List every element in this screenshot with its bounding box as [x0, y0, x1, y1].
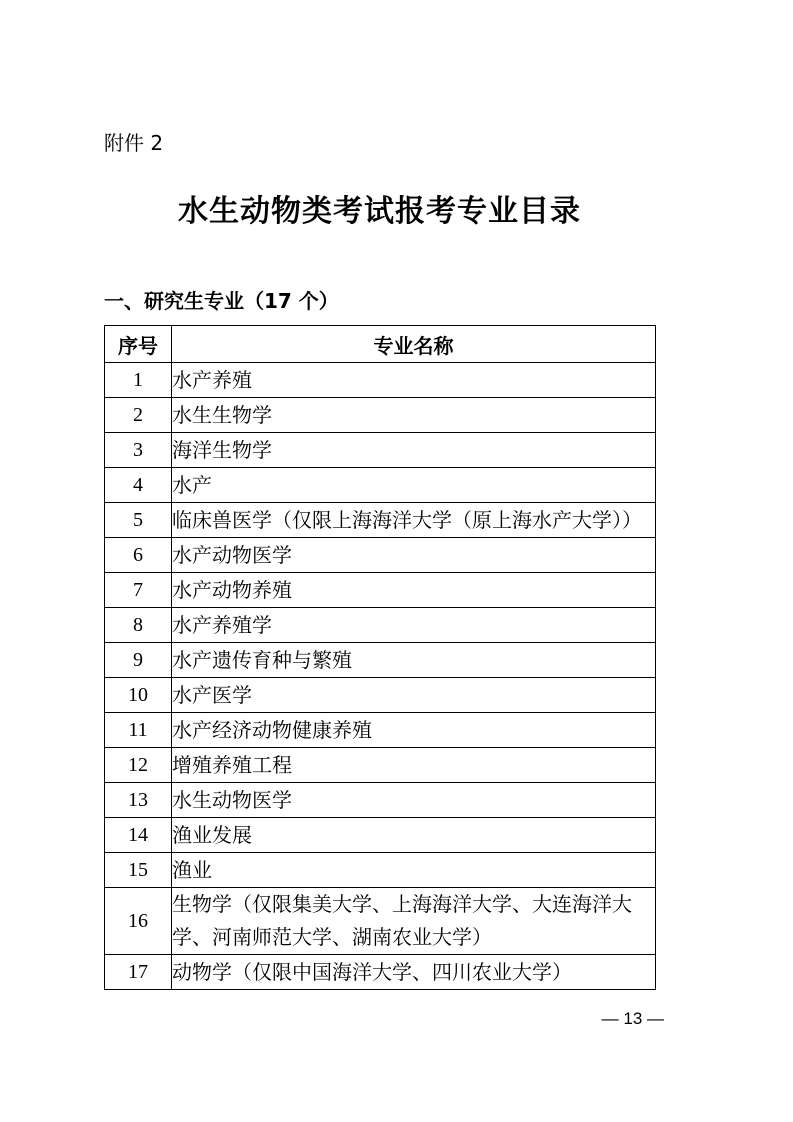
attachment-label: 附件 2 — [104, 130, 655, 156]
table-row: 6水产动物医学 — [105, 538, 656, 573]
table-row: 11水产经济动物健康养殖 — [105, 713, 656, 748]
table-header-row: 序号 专业名称 — [105, 326, 656, 363]
table-row: 5临床兽医学（仅限上海海洋大学（原上海水产大学）） — [105, 503, 656, 538]
major-name-cell: 水产养殖 — [172, 363, 656, 398]
major-name-cell: 渔业发展 — [172, 818, 656, 853]
document-content: 附件 2 水生动物类考试报考专业目录 一、研究生专业（17 个） 序号 专业名称… — [104, 0, 655, 990]
table-row: 13水生动物医学 — [105, 783, 656, 818]
row-number-cell: 17 — [105, 955, 172, 990]
table-row: 3海洋生物学 — [105, 433, 656, 468]
row-number-cell: 10 — [105, 678, 172, 713]
header-cell-number: 序号 — [105, 326, 172, 363]
row-number-cell: 4 — [105, 468, 172, 503]
table-row: 10水产医学 — [105, 678, 656, 713]
table-row: 17动物学（仅限中国海洋大学、四川农业大学） — [105, 955, 656, 990]
table-row: 16生物学（仅限集美大学、上海海洋大学、大连海洋大学、河南师范大学、湖南农业大学… — [105, 888, 656, 955]
row-number-cell: 9 — [105, 643, 172, 678]
table-row: 8水产养殖学 — [105, 608, 656, 643]
major-name-cell: 水产动物养殖 — [172, 573, 656, 608]
major-name-cell: 水产 — [172, 468, 656, 503]
row-number-cell: 1 — [105, 363, 172, 398]
major-name-cell: 水产动物医学 — [172, 538, 656, 573]
table-row: 2水生生物学 — [105, 398, 656, 433]
table-row: 12增殖养殖工程 — [105, 748, 656, 783]
row-number-cell: 5 — [105, 503, 172, 538]
major-name-cell: 增殖养殖工程 — [172, 748, 656, 783]
row-number-cell: 3 — [105, 433, 172, 468]
document-page: 附件 2 水生动物类考试报考专业目录 一、研究生专业（17 个） 序号 专业名称… — [0, 0, 793, 1122]
section-heading: 一、研究生专业（17 个） — [104, 288, 655, 314]
major-name-cell: 水生动物医学 — [172, 783, 656, 818]
major-name-cell: 水产经济动物健康养殖 — [172, 713, 656, 748]
row-number-cell: 7 — [105, 573, 172, 608]
table-row: 15渔业 — [105, 853, 656, 888]
table-row: 14渔业发展 — [105, 818, 656, 853]
major-name-cell: 水产遗传育种与繁殖 — [172, 643, 656, 678]
major-name-cell: 渔业 — [172, 853, 656, 888]
major-name-cell: 水生生物学 — [172, 398, 656, 433]
row-number-cell: 11 — [105, 713, 172, 748]
table-row: 9水产遗传育种与繁殖 — [105, 643, 656, 678]
majors-table-head: 序号 专业名称 — [105, 326, 656, 363]
row-number-cell: 2 — [105, 398, 172, 433]
row-number-cell: 14 — [105, 818, 172, 853]
major-name-cell: 水产养殖学 — [172, 608, 656, 643]
row-number-cell: 6 — [105, 538, 172, 573]
header-cell-major-name: 专业名称 — [172, 326, 656, 363]
major-name-cell: 动物学（仅限中国海洋大学、四川农业大学） — [172, 955, 656, 990]
row-number-cell: 13 — [105, 783, 172, 818]
row-number-cell: 16 — [105, 888, 172, 955]
page-number: — 13 — — [104, 1009, 664, 1029]
majors-table: 序号 专业名称 1水产养殖2水生生物学3海洋生物学4水产5临床兽医学（仅限上海海… — [104, 325, 656, 990]
table-row: 4水产 — [105, 468, 656, 503]
table-row: 1水产养殖 — [105, 363, 656, 398]
document-title: 水生动物类考试报考专业目录 — [104, 192, 655, 232]
major-name-cell: 生物学（仅限集美大学、上海海洋大学、大连海洋大学、河南师范大学、湖南农业大学） — [172, 888, 656, 955]
major-name-cell: 临床兽医学（仅限上海海洋大学（原上海水产大学）） — [172, 503, 656, 538]
row-number-cell: 12 — [105, 748, 172, 783]
majors-table-body: 1水产养殖2水生生物学3海洋生物学4水产5临床兽医学（仅限上海海洋大学（原上海水… — [105, 363, 656, 990]
row-number-cell: 8 — [105, 608, 172, 643]
major-name-cell: 水产医学 — [172, 678, 656, 713]
table-row: 7水产动物养殖 — [105, 573, 656, 608]
row-number-cell: 15 — [105, 853, 172, 888]
major-name-cell: 海洋生物学 — [172, 433, 656, 468]
